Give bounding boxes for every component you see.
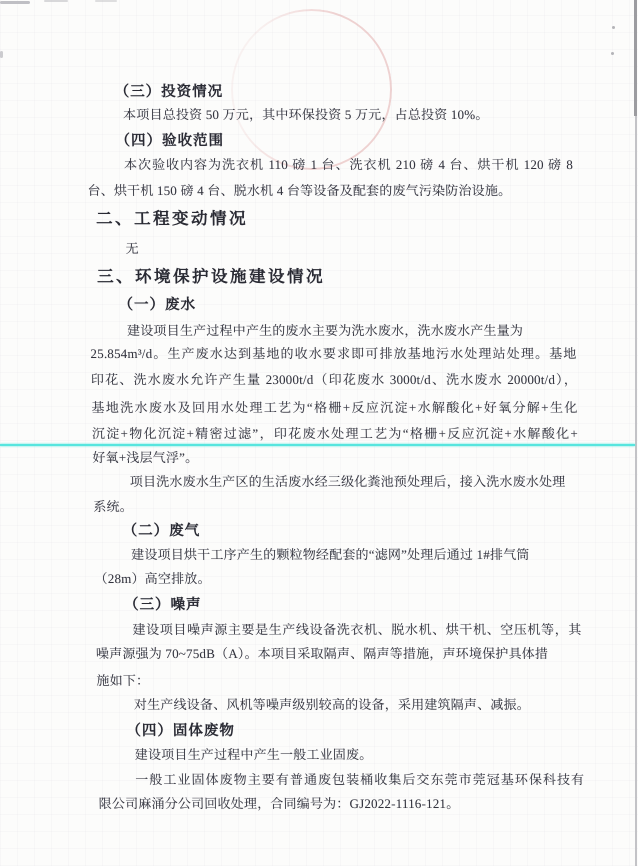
doc-line: 台、烘干机 150 磅 4 台、脱水机 4 台等设备及配套的废气污染防治设施。 — [87, 183, 511, 199]
doc-line: 限公司麻涌分公司回收处理，合同编号为：GJ2022-1116-121。 — [99, 796, 460, 812]
doc-line: 项目洗水废水生产区的生活废水经三级化粪池预处理后，接入洗水废水处理 — [130, 474, 566, 490]
heading-project-changes: 二、工程变动情况 — [96, 209, 248, 230]
doc-line: 噪声源强为 70~75dB（A）。本项目采取隔声、隔声等措施，声环境保护具体措 — [96, 646, 548, 662]
doc-line: 好氧+浅层气浮”。 — [92, 450, 198, 466]
doc-line: 一般工业固体废物主要有普通废包装桶收集后交东莞市莞冠基环保科技有 — [135, 772, 584, 788]
heading-waste-gas: （二）废气 — [123, 522, 201, 540]
doc-line: 本项目总投资 50 万元，其中环保投资 5 万元，占总投资 10%。 — [123, 107, 489, 123]
heading-env-protection-facilities: 三、环境保护设施建设情况 — [97, 267, 325, 288]
heading-noise: （三）噪声 — [124, 596, 202, 614]
doc-line: 施如下： — [96, 673, 149, 689]
doc-line: 25.854m³/d。生产废水达到基地的收水要求即可排放基地污水处理站处理。基地 — [90, 346, 576, 362]
doc-line: 本次验收内容为洗衣机 110 磅 1 台、洗衣机 210 磅 4 台、烘干机 1… — [124, 157, 573, 173]
doc-line: 建设项目生产过程中产生的废水主要为洗水废水，洗水废水产生量为 — [127, 323, 523, 339]
doc-line: 建设项目生产过程中产生一般工业固废。 — [135, 747, 373, 763]
doc-line: 建设项目烘干工序产生的颗粒物经配套的“滤网”处理后通过 1#排气筒 — [131, 547, 530, 563]
heading-wastewater: （一）废水 — [118, 296, 196, 314]
doc-line: 无 — [125, 241, 139, 257]
heading-acceptance-scope: （四）验收范围 — [115, 132, 224, 150]
doc-line: （28m）高空排放。 — [94, 571, 210, 587]
doc-line: 系统。 — [93, 499, 133, 515]
document-page: （三）投资情况 本项目总投资 50 万元，其中环保投资 5 万元，占总投资 10… — [0, 0, 638, 866]
doc-line: 印花、洗水废水允许产生量 23000t/d（印花废水 3000t/d、洗水废水 … — [91, 372, 577, 388]
document-text: （三）投资情况 本项目总投资 50 万元，其中环保投资 5 万元，占总投资 10… — [0, 0, 638, 866]
heading-investment: （三）投资情况 — [115, 83, 224, 101]
heading-solid-waste: （四）固体废物 — [126, 722, 235, 740]
doc-line: 基地洗水废水及回用水处理工艺为“格栅+反应沉淀+水解酸化+好氧分解+生化 — [91, 400, 577, 416]
doc-line: 建设项目噪声源主要是生产线设备洗衣机、脱水机、烘干机、空压机等，其 — [132, 622, 581, 638]
doc-line: 沉淀+物化沉淀+精密过滤”，印花废水处理工艺为“格栅+反应沉淀+水解酸化+ — [92, 426, 578, 442]
doc-line: 对生产线设备、风机等噪声级别较高的设备，采用建筑隔声、减振。 — [134, 697, 530, 713]
